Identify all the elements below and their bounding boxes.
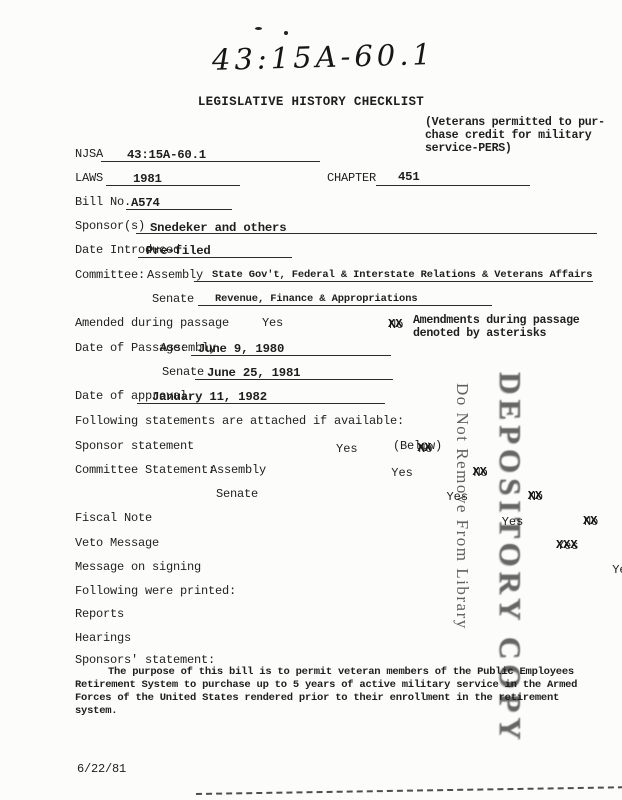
- checklist-yes-mark: Yes: [446, 490, 468, 504]
- no-strike: XX: [472, 465, 486, 479]
- sponsors-underline: [136, 233, 597, 234]
- laws-value: 1981: [133, 172, 162, 186]
- sponsors-statement-line: Forces of the United States rendered pri…: [75, 692, 559, 704]
- document-title: LEGISLATIVE HISTORY CHECKLIST: [0, 95, 622, 109]
- yes-text: Yes: [446, 490, 468, 504]
- checklist-yes-mark-struck: Yes XXX: [557, 539, 579, 553]
- do-not-remove-stamp: Do Not Remove From Library: [452, 383, 472, 630]
- amended-note-line: Amendments during passage: [413, 314, 579, 327]
- no-strike: XX: [417, 441, 431, 455]
- subject-note: (Veterans permitted to pur- chase credit…: [425, 116, 605, 156]
- amended-note-line: denoted by asterisks: [413, 327, 579, 340]
- checklist-yes-mark: Yes: [391, 466, 413, 480]
- yes-text: Yes: [391, 466, 413, 480]
- handwritten-classification-number: 43:15A-60.1: [212, 37, 436, 77]
- scan-edge-dashed-line: [196, 786, 622, 795]
- bill-no-label: Bill No.: [75, 195, 131, 209]
- njsa-underline: [101, 161, 320, 162]
- committee-senate-label: Senate: [152, 292, 194, 306]
- ink-speck: [255, 27, 262, 30]
- yes-text: Yes: [502, 515, 524, 529]
- amended-label: Amended during passage: [75, 316, 229, 330]
- checklist-row-label: Fiscal Note: [75, 511, 152, 525]
- checklist-row-label: Committee Statement:: [75, 463, 215, 477]
- committee-assembly-underline: [194, 281, 593, 282]
- passage-senate-value: June 25, 1981: [207, 366, 300, 380]
- sponsors-statement-line: Retirement System to purchase up to 5 ye…: [75, 679, 577, 691]
- checklist-row-sublabel: Senate: [216, 487, 258, 501]
- checklist-yes-mark: Yes: [612, 563, 622, 577]
- date-stamp: 6/22/81: [77, 762, 126, 776]
- checklist-section-label: Following were printed:: [75, 584, 236, 598]
- ink-speck: [284, 31, 288, 35]
- amended-note: Amendments during passage denoted by ast…: [413, 314, 579, 340]
- checklist-row-label: Reports: [75, 607, 124, 621]
- committee-assembly-value: State Gov't, Federal & Interstate Relati…: [212, 269, 592, 281]
- yes-strike: XXX: [556, 538, 578, 552]
- amended-no-strike: XX: [388, 317, 402, 331]
- checklist-no-mark-struck: No XX: [418, 442, 432, 456]
- passage-assembly-underline: [191, 355, 391, 356]
- date-introduced-underline: [138, 257, 292, 258]
- subject-note-line: chase credit for military: [425, 129, 605, 142]
- checklist-intro: Following statements are attached if ava…: [75, 414, 404, 428]
- sponsors-statement-line: The purpose of this bill is to permit ve…: [108, 666, 574, 678]
- no-strike: XX: [528, 489, 542, 503]
- passage-senate-underline: [195, 379, 393, 380]
- date-of-approval-value: January 11, 1982: [152, 390, 267, 404]
- checklist-row-sublabel: Assembly: [210, 463, 266, 477]
- njsa-value: 43:15A-60.1: [127, 148, 206, 162]
- checklist-row-label: Sponsor statement: [75, 439, 194, 453]
- checklist-row-label: Message on signing: [75, 560, 201, 574]
- passage-senate-label: Senate: [162, 365, 204, 379]
- checklist-yes-mark: Yes: [502, 515, 524, 529]
- checklist-row-label: Veto Message: [75, 536, 159, 550]
- checklist-no-mark-struck: No XX: [529, 490, 543, 504]
- chapter-underline: [376, 185, 530, 186]
- date-of-approval-underline: [137, 403, 385, 404]
- sponsors-statement-line: system.: [75, 705, 117, 717]
- no-strike: XX: [583, 514, 597, 528]
- date-introduced-value: Pre-filed: [146, 244, 211, 258]
- subject-note-line: (Veterans permitted to pur-: [425, 116, 605, 129]
- laws-label: LAWS: [75, 171, 103, 185]
- committee-senate-value: Revenue, Finance & Appropriations: [215, 293, 417, 305]
- sponsors-statement-heading: Sponsors' statement:: [75, 653, 215, 667]
- committee-label: Committee:: [75, 268, 145, 282]
- scanned-document-page: 43:15A-60.1 LEGISLATIVE HISTORY CHECKLIS…: [0, 0, 622, 800]
- yes-text: Yes: [336, 442, 358, 456]
- bill-no-underline: [126, 209, 232, 210]
- sponsors-label: Sponsor(s): [75, 219, 145, 233]
- amended-no-mark-struck: No XX: [389, 318, 403, 332]
- committee-senate-underline: [198, 305, 492, 306]
- amended-yes-value: Yes: [262, 316, 283, 330]
- njsa-label: NJSA: [75, 147, 103, 161]
- chapter-value: 451: [398, 170, 420, 184]
- passage-assembly-value: June 9, 1980: [198, 342, 284, 356]
- chapter-label: CHAPTER: [327, 171, 376, 185]
- checklist-no-mark-struck: No XX: [473, 466, 487, 480]
- laws-underline: [106, 185, 240, 186]
- bill-no-value: A574: [131, 196, 160, 210]
- checklist-yes-mark: Yes: [336, 442, 358, 456]
- checklist-row-label: Hearings: [75, 631, 131, 645]
- yes-text: Yes: [612, 563, 622, 577]
- subject-note-line: service-PERS): [425, 142, 605, 155]
- committee-assembly-label: Assembly: [147, 268, 203, 282]
- checklist-no-mark-struck: No XX: [584, 515, 598, 529]
